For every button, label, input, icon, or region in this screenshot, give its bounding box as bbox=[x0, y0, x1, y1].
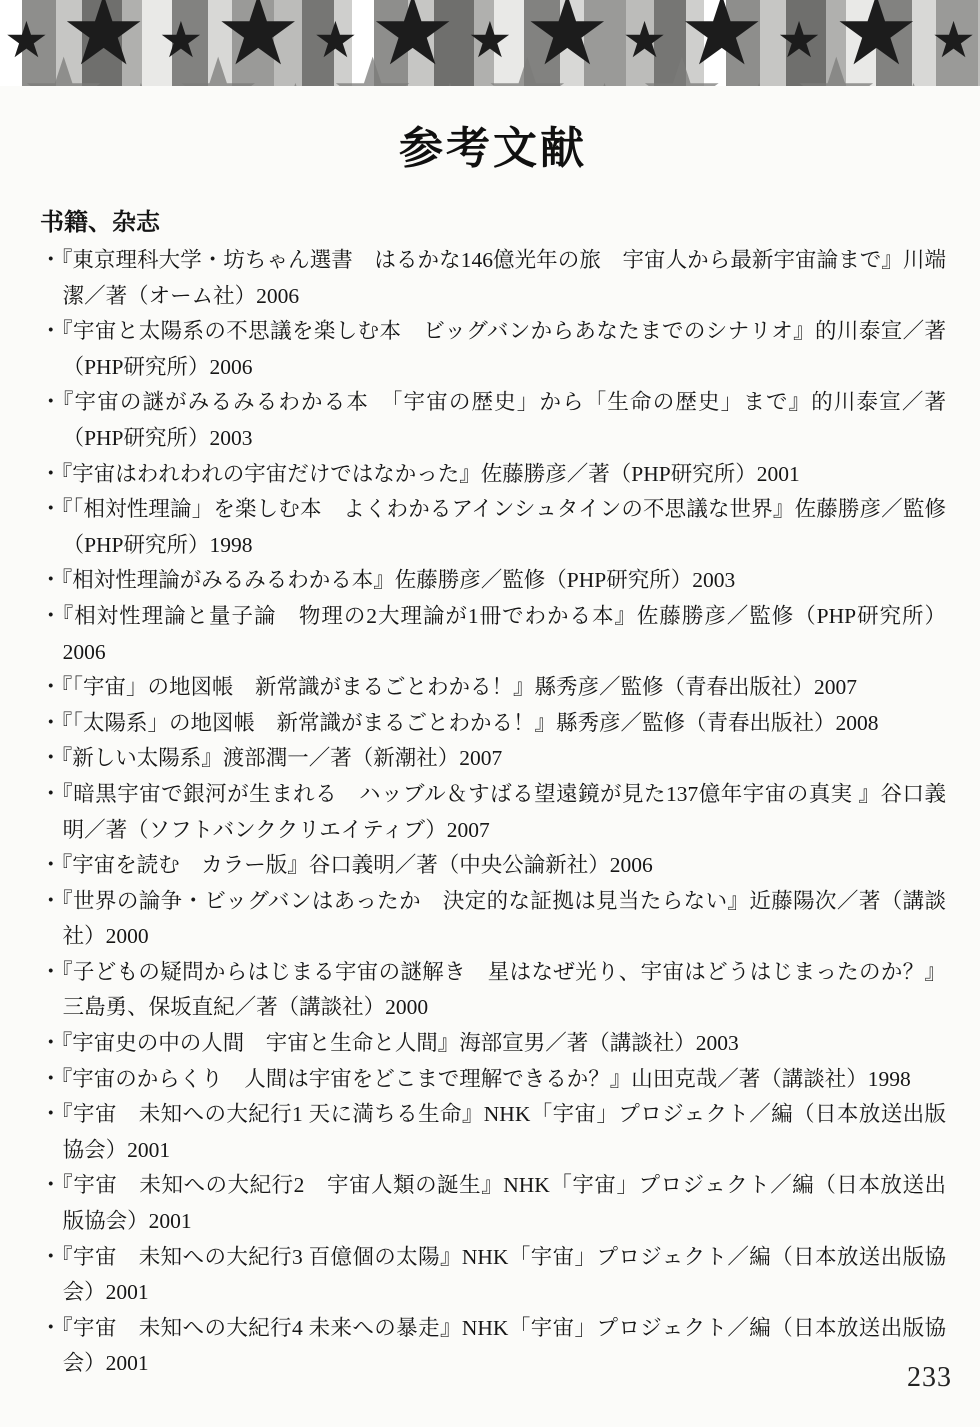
decorative-star-banner: ★★★★★★★★★★★★★ ★★★★★★★★★★★★★ bbox=[0, 0, 980, 86]
reference-item: ・『宇宙 未知への大紀行1 天に満ちる生命』NHK「宇宙」プロジェクト／編（日本… bbox=[40, 1097, 946, 1168]
reference-item: ・『宇宙を読む カラー版』谷口義明／著（中央公論新社）2006 bbox=[40, 848, 946, 884]
star-icon: ★ bbox=[931, 15, 976, 65]
reference-item: ・『相対性理論がみるみるわかる本』佐藤勝彦／監修（PHP研究所）2003 bbox=[40, 563, 946, 599]
reference-item: ・『子どもの疑問からはじまる宇宙の謎解き 星はなぜ光り、宇宙はどうはじまったのか… bbox=[40, 955, 946, 1026]
reference-list: ・『東京理科大学・坊ちゃん選書 はるかな146億光年の旅 宇宙人から最新宇宙論ま… bbox=[40, 243, 946, 1382]
reference-item: ・『宇宙史の中の人間 宇宙と生命と人間』海部宣男／著（講談社）2003 bbox=[40, 1026, 946, 1062]
star-icon: ★ bbox=[4, 15, 49, 65]
reference-item: ・『宇宙 未知への大紀行4 未来への暴走』NHK「宇宙」プロジェクト／編（日本放… bbox=[40, 1311, 946, 1382]
reference-item: ・『「相対性理論」を楽しむ本 よくわかるアインシュタインの不思議な世界』佐藤勝彦… bbox=[40, 492, 946, 563]
reference-item: ・『新しい太陽系』渡部潤一／著（新潮社）2007 bbox=[40, 741, 946, 777]
banner-stars: ★★★★★★★★★★★★★ bbox=[0, 0, 980, 86]
reference-item: ・『東京理科大学・坊ちゃん選書 はるかな146億光年の旅 宇宙人から最新宇宙論ま… bbox=[40, 243, 946, 314]
section-heading-books-magazines: 书籍、杂志 bbox=[40, 202, 946, 237]
star-icon: ★ bbox=[679, 0, 765, 79]
star-icon: ★ bbox=[61, 0, 147, 79]
star-icon: ★ bbox=[159, 15, 204, 65]
reference-item: ・『宇宙の謎がみるみるわかる本 「宇宙の歴史」から「生命の歴史」まで』的川泰宣／… bbox=[40, 385, 946, 456]
reference-item: ・『宇宙 未知への大紀行3 百億個の太陽』NHK「宇宙」プロジェクト／編（日本放… bbox=[40, 1240, 946, 1311]
reference-item: ・『「太陽系」の地図帳 新常識がまるごとわかる！』縣秀彦／監修（青春出版社）20… bbox=[40, 706, 946, 742]
star-icon: ★ bbox=[313, 15, 358, 65]
reference-item: ・『宇宙はわれわれの宇宙だけではなかった』佐藤勝彦／著（PHP研究所）2001 bbox=[40, 457, 946, 493]
star-icon: ★ bbox=[833, 0, 919, 79]
reference-item: ・『宇宙と太陽系の不思議を楽しむ本 ビッグバンからあなたまでのシナリオ』的川泰宣… bbox=[40, 314, 946, 385]
reference-item: ・『「宇宙」の地図帳 新常識がまるごとわかる！』縣秀彦／監修（青春出版社）200… bbox=[40, 670, 946, 706]
reference-item: ・『宇宙のからくり 人間は宇宙をどこまで理解できるか？』山田克哉／著（講談社）1… bbox=[40, 1062, 946, 1098]
book-page: ★★★★★★★★★★★★★ ★★★★★★★★★★★★★ 参考文献 书籍、杂志 ・… bbox=[0, 0, 980, 1427]
star-icon: ★ bbox=[777, 15, 822, 65]
star-icon: ★ bbox=[215, 0, 301, 79]
reference-item: ・『宇宙 未知への大紀行2 宇宙人類の誕生』NHK「宇宙」プロジェクト／編（日本… bbox=[40, 1168, 946, 1239]
reference-item: ・『暗黒宇宙で銀河が生まれる ハッブル＆すばる望遠鏡が見た137億年宇宙の真実 … bbox=[40, 777, 946, 848]
page-number: 233 bbox=[907, 1362, 952, 1394]
reference-item: ・『世界の論争・ビッグバンはあったか 決定的な証拠は見当たらない』近藤陽次／著（… bbox=[40, 884, 946, 955]
star-icon: ★ bbox=[622, 15, 667, 65]
star-icon: ★ bbox=[370, 0, 456, 79]
page-content: 参考文献 书籍、杂志 ・『東京理科大学・坊ちゃん選書 はるかな146億光年の旅 … bbox=[0, 112, 980, 1382]
star-icon: ★ bbox=[468, 15, 513, 65]
page-title: 参考文献 bbox=[40, 112, 946, 176]
star-icon: ★ bbox=[524, 0, 610, 79]
reference-item: ・『相対性理論と量子論 物理の2大理論が1冊でわかる本』佐藤勝彦／監修（PHP研… bbox=[40, 599, 946, 670]
